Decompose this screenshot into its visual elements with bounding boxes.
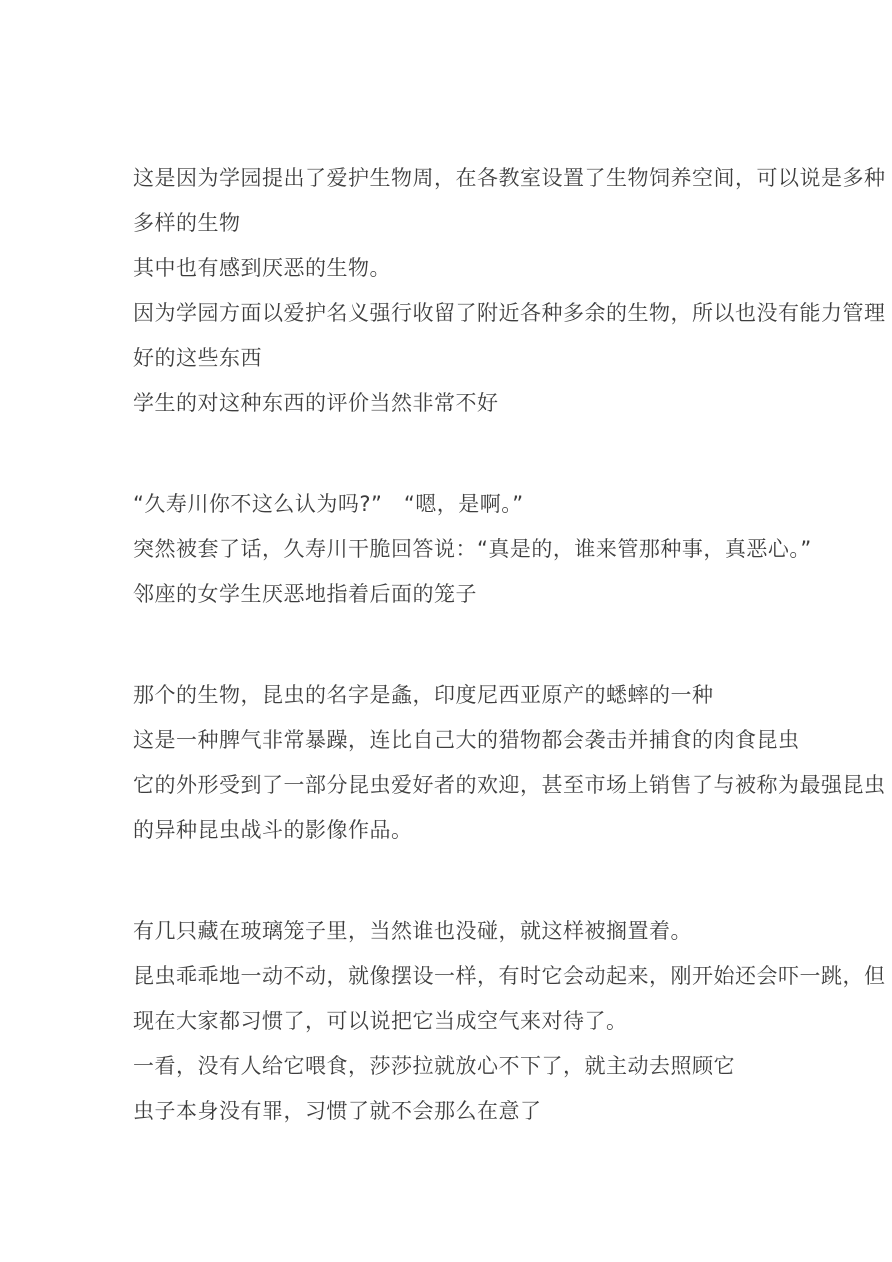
text-line-dialogue: 突然被套了话，久寿川干脆回答说：“真是的，谁来管那种事，真恶心。”: [133, 527, 773, 572]
text-line: 的异种昆虫战斗的影像作品。: [133, 808, 773, 853]
paragraph-block-3: 那个的生物，昆虫的名字是螽，印度尼西亚原产的蟋蟀的一种 这是一种脾气非常暴躁，连…: [133, 673, 773, 853]
text-line: 其中也有感到厌恶的生物。: [133, 246, 773, 291]
text-line: 好的这些东西: [133, 336, 773, 381]
text-line: 现在大家都习惯了，可以说把它当成空气来对待了。: [133, 999, 773, 1044]
text-line: 学生的对这种东西的评价当然非常不好: [133, 381, 773, 426]
text-line: 多样的生物: [133, 201, 773, 246]
text-line: 因为学园方面以爱护名义强行收留了附近各种多余的生物，所以也没有能力管理: [133, 291, 773, 336]
text-line: 邻座的女学生厌恶地指着后面的笼子: [133, 572, 773, 617]
text-line: 一看，没有人给它喂食，莎莎拉就放心不下了，就主动去照顾它: [133, 1044, 773, 1089]
text-line: 它的外形受到了一部分昆虫爱好者的欢迎，甚至市场上销售了与被称为最强昆虫: [133, 763, 773, 808]
text-line: 有几只藏在玻璃笼子里，当然谁也没碰，就这样被搁置着。: [133, 909, 773, 954]
text-line: 这是因为学园提出了爱护生物周，在各教室设置了生物饲养空间，可以说是多种: [133, 156, 773, 201]
text-line-dialogue: “久寿川你不这么认为吗?” “嗯，是啊。”: [133, 482, 773, 527]
document-page: 这是因为学园提出了爱护生物周，在各教室设置了生物饲养空间，可以说是多种 多样的生…: [0, 0, 892, 1262]
text-line: 这是一种脾气非常暴躁，连比自己大的猎物都会袭击并捕食的肉食昆虫: [133, 718, 773, 763]
text-line: 昆虫乖乖地一动不动，就像摆设一样，有时它会动起来，刚开始还会吓一跳，但: [133, 954, 773, 999]
text-line: 虫子本身没有罪，习惯了就不会那么在意了: [133, 1089, 773, 1134]
text-body: 这是因为学园提出了爱护生物周，在各教室设置了生物饲养空间，可以说是多种 多样的生…: [133, 156, 773, 1190]
paragraph-block-2: “久寿川你不这么认为吗?” “嗯，是啊。” 突然被套了话，久寿川干脆回答说：“真…: [133, 482, 773, 617]
paragraph-block-4: 有几只藏在玻璃笼子里，当然谁也没碰，就这样被搁置着。 昆虫乖乖地一动不动，就像摆…: [133, 909, 773, 1134]
paragraph-block-1: 这是因为学园提出了爱护生物周，在各教室设置了生物饲养空间，可以说是多种 多样的生…: [133, 156, 773, 426]
text-line: 那个的生物，昆虫的名字是螽，印度尼西亚原产的蟋蟀的一种: [133, 673, 773, 718]
